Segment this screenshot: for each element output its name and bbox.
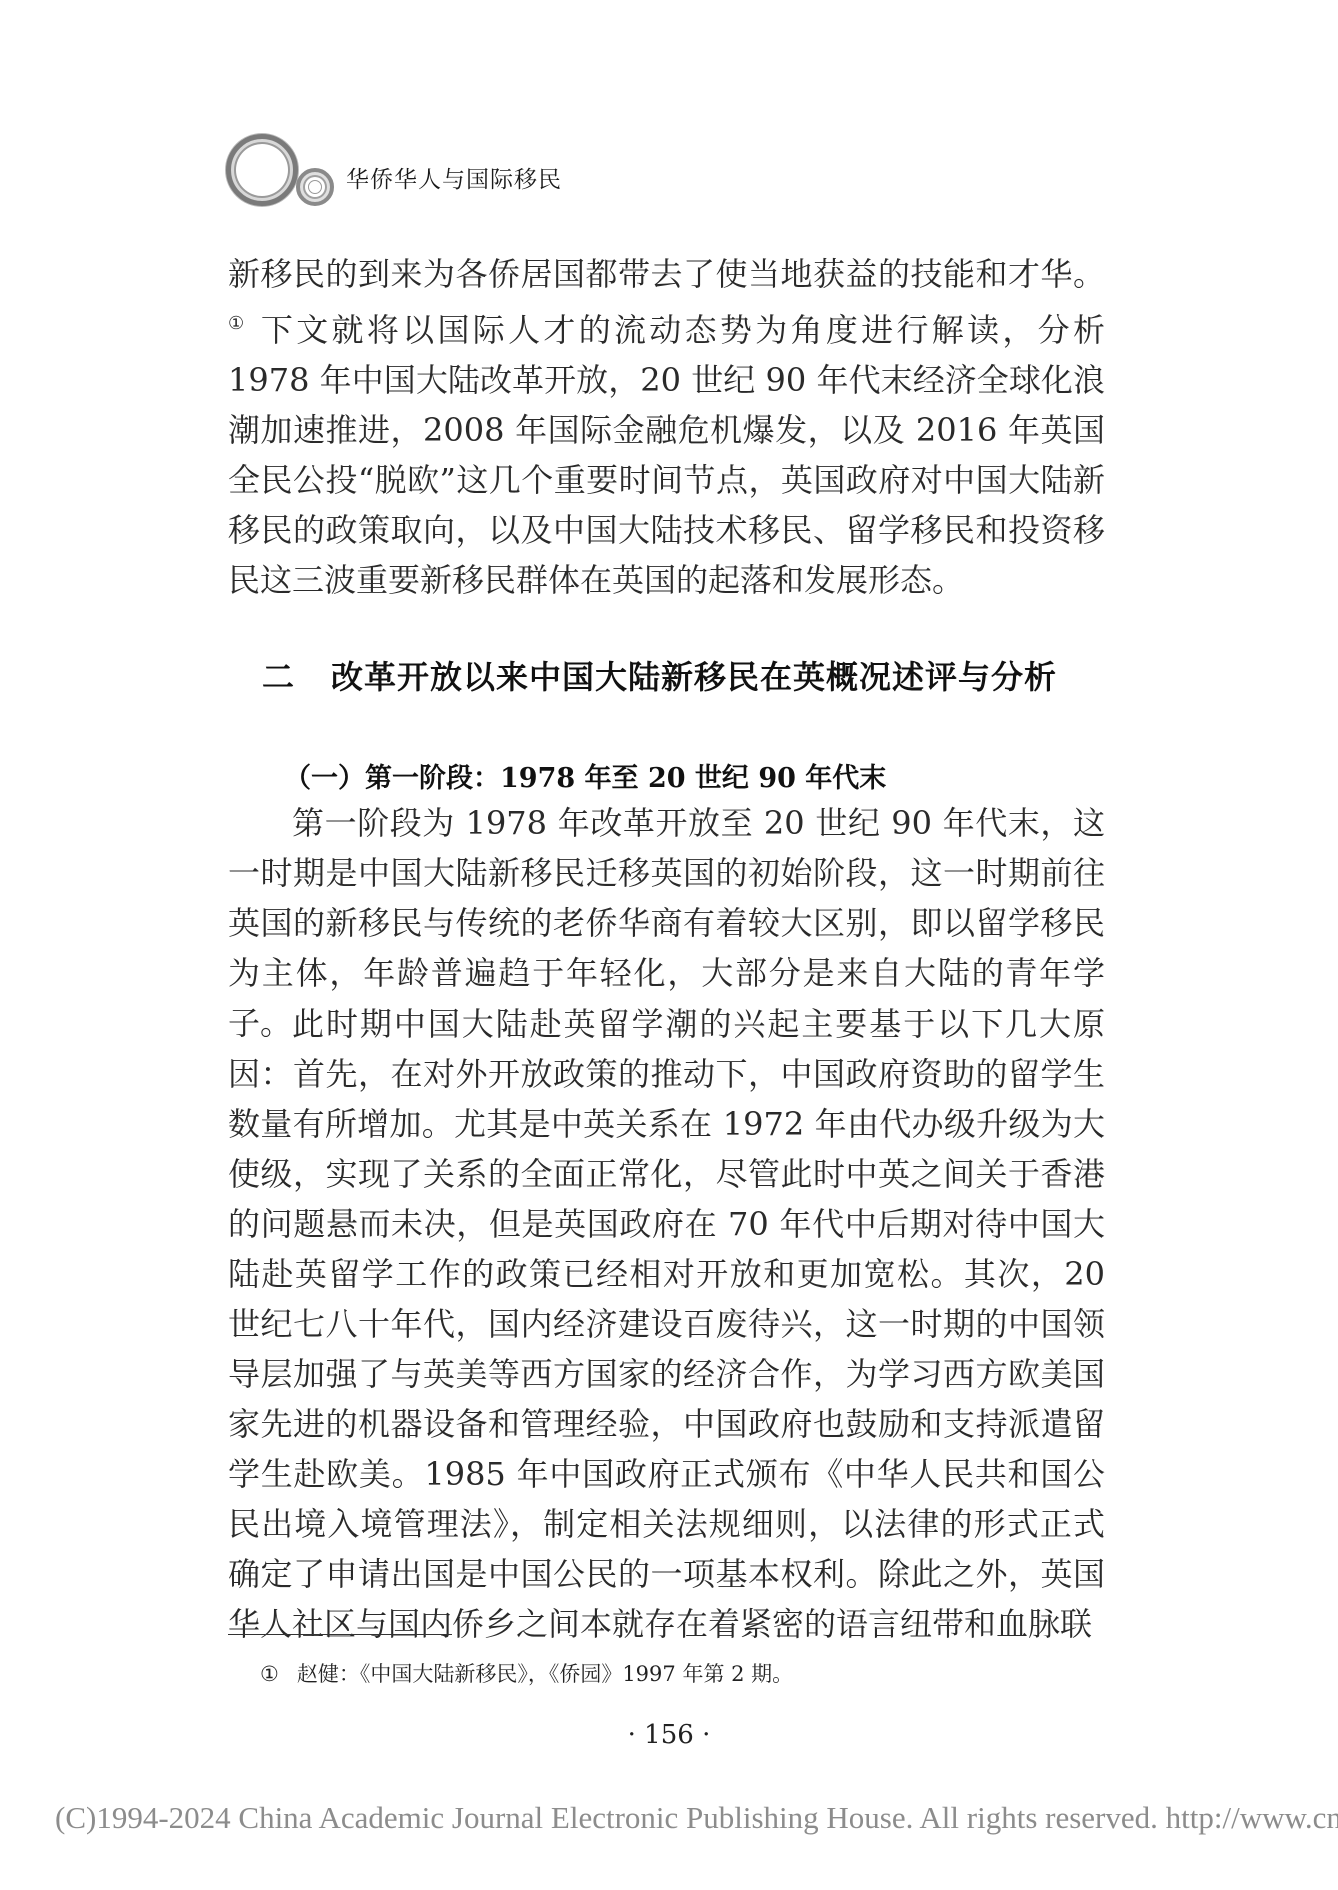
page-number: · 156 · xyxy=(0,1720,1338,1750)
footnote-divider xyxy=(228,1634,452,1635)
section-number: 二 xyxy=(262,658,295,696)
subsection-heading: （一）第一阶段：1978 年至 20 世纪 90 年代末 xyxy=(284,756,886,795)
footnote-text: 赵健：《中国大陆新移民》，《侨园》1997 年第 2 期。 xyxy=(297,1662,793,1686)
section-heading: 二改革开放以来中国大陆新移民在英概况述评与分析 xyxy=(262,652,1057,698)
small-ring xyxy=(296,168,334,206)
copyright-watermark: (C)1994-2024 China Academic Journal Elec… xyxy=(55,1800,1338,1836)
paragraph-1-continued: 下文就将以国际人才的流动态势为角度进行解读，分析 1978 年中国大陆改革开放，… xyxy=(228,311,1105,599)
section-title: 改革开放以来中国大陆新移民在英概况述评与分析 xyxy=(331,658,1057,696)
running-header: 华侨华人与国际移民 xyxy=(226,130,562,210)
double-ring-logo-icon xyxy=(226,130,338,210)
footnote-mark: ① xyxy=(260,1662,279,1686)
paragraph-1: 新移民的到来为各侨居国都带去了使当地获益的技能和才华。① 下文就将以国际人才的流… xyxy=(228,249,1105,605)
book-title: 华侨华人与国际移民 xyxy=(346,161,562,194)
footnote: ①赵健：《中国大陆新移民》，《侨园》1997 年第 2 期。 xyxy=(260,1658,793,1688)
paragraph-3: 此时期中国大陆赴英留学潮的兴起主要基于以下几大原因：首先，在对外开放政策的推动下… xyxy=(228,999,1105,1649)
footnote-reference[interactable]: ① xyxy=(228,313,247,334)
paragraph-1-text: 新移民的到来为各侨居国都带去了使当地获益的技能和才华。 xyxy=(228,255,1105,293)
large-ring xyxy=(226,134,298,206)
